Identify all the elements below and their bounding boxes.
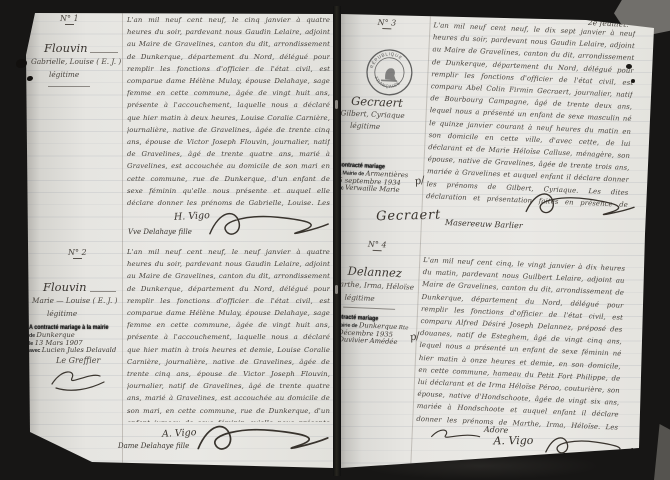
ruled-margin-line bbox=[122, 10, 123, 470]
margin-underline bbox=[90, 52, 118, 53]
margin-status: légitime bbox=[47, 309, 77, 318]
act-body-text: L'an mil neuf cent neuf, le dix sept jan… bbox=[426, 19, 636, 210]
clerk-paraph: p/ bbox=[414, 175, 426, 188]
signature: H. Vigo bbox=[174, 210, 210, 223]
stamp-line-label: le bbox=[29, 341, 33, 347]
act-number: N° 2 bbox=[68, 248, 87, 259]
act-body-text: L'an mil neuf cent neuf, le neuf janvier… bbox=[127, 246, 330, 422]
signature: Gecraert bbox=[376, 208, 441, 225]
margin-surname: Gecraert bbox=[351, 94, 403, 110]
binding-gutter bbox=[333, 6, 341, 476]
ink-speck bbox=[626, 64, 632, 69]
declarant-signature-flourish bbox=[427, 424, 484, 444]
stamp-line-value: Lucien Jules Delavald bbox=[42, 346, 117, 354]
ink-blot bbox=[16, 59, 27, 68]
marriage-mention-stamp: A contracté mariage à la mairie de Dunke… bbox=[29, 325, 116, 355]
signature: Dame Delahaye fille bbox=[118, 442, 189, 450]
act-body-text: L'an mil neuf cent cinq, le vingt janvie… bbox=[416, 254, 625, 435]
margin-given-names: Gabrielle, Louise ( E. J. ) bbox=[31, 57, 121, 66]
republique-francaise-seal: RÉPUBLIQUE FRANÇAISE bbox=[364, 47, 414, 97]
margin-given-names: Marie — Louise ( E. J. ) bbox=[32, 296, 118, 305]
officer-signature-flourish bbox=[517, 188, 643, 223]
clerk-title: Le Greffier bbox=[56, 356, 100, 365]
margin-underline bbox=[343, 307, 395, 310]
act-number-text: N° 4 bbox=[368, 240, 387, 250]
page-content: N° 3 RÉPUBLIQUE FRANÇAISE Gecr bbox=[316, 12, 654, 480]
act-number-text: N° 3 bbox=[377, 18, 396, 28]
margin-status: légitime bbox=[350, 121, 381, 131]
binding-stitch bbox=[335, 100, 338, 109]
officer-signature-flourish bbox=[206, 208, 332, 242]
underline-dash bbox=[73, 258, 82, 259]
signature: A. Vigo bbox=[162, 427, 197, 440]
stamp-line-value: Duvivier Amédée bbox=[338, 336, 397, 347]
act-number: N° 3 bbox=[377, 18, 396, 30]
stamp-side-note: Rte bbox=[399, 325, 409, 331]
marriage-mention-stamp: A contracté mariage à la Mairie de Armen… bbox=[332, 162, 409, 195]
register-scan: N° 1 Flouvin Gabrielle, Louise ( E. J. )… bbox=[0, 0, 670, 480]
stamp-line-value: 13 Mars 1907 bbox=[35, 339, 83, 347]
seal-text-top: RÉPUBLIQUE bbox=[369, 50, 404, 70]
act-number-text: N° 1 bbox=[60, 14, 79, 23]
margin-surname: Delannez bbox=[347, 264, 402, 280]
margin-status: légitime bbox=[344, 293, 375, 303]
margin-status: légitime bbox=[49, 70, 79, 79]
margin-given-names: Gilbert, Cyriaque bbox=[340, 108, 404, 120]
stamp-line-label: avec bbox=[29, 348, 40, 354]
clerk-signature-flourish bbox=[44, 366, 110, 394]
book-edge bbox=[654, 424, 670, 480]
svg-text:RÉPUBLIQUE: RÉPUBLIQUE bbox=[369, 50, 404, 70]
officer-signature-flourish bbox=[194, 420, 332, 458]
margin-surname: Flouvin bbox=[44, 41, 88, 55]
underline-dash bbox=[65, 24, 74, 25]
stamp-header: A contracté mariage à la mairie bbox=[29, 324, 109, 332]
signature: Vve Delahaye fille bbox=[128, 228, 192, 236]
act-number: N° 1 bbox=[60, 14, 79, 25]
ink-speck bbox=[631, 79, 635, 83]
margin-underline bbox=[90, 291, 116, 292]
right-page: 2e feuillet. N° 3 RÉPUBLIQUE FRANÇA bbox=[336, 12, 654, 470]
underline-dash bbox=[382, 28, 391, 29]
signature: Masereeuw Barlier bbox=[445, 218, 523, 230]
margin-surname: Flouvin bbox=[43, 280, 87, 294]
act-number-text: N° 2 bbox=[68, 248, 87, 257]
act-body-text: L'an mil neuf cent neuf, le cinq janvier… bbox=[127, 14, 330, 210]
left-page: N° 1 Flouvin Gabrielle, Louise ( E. J. )… bbox=[26, 10, 333, 470]
act-number: N° 4 bbox=[368, 240, 387, 252]
underline-dash bbox=[372, 250, 381, 251]
margin-underline bbox=[48, 86, 90, 87]
margin-given-names: Marthe, Irma, Héloïse bbox=[332, 279, 414, 292]
stamp-line-value: Verwaille Marie bbox=[345, 184, 400, 194]
binding-stitch bbox=[335, 285, 338, 294]
signature: A. Vigo bbox=[493, 434, 533, 447]
